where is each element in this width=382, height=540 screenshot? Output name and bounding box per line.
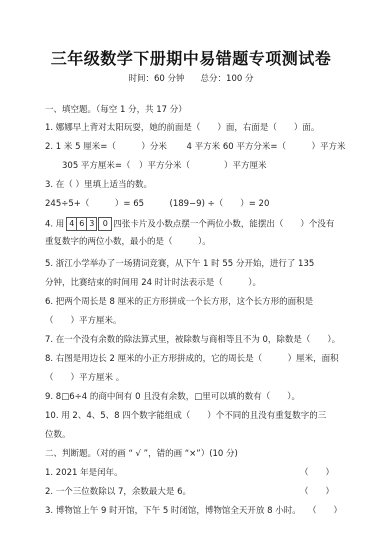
digit-cards: 4630 (66, 217, 111, 231)
question-4-cont: 重复数字的两位小数，最小的是（ ）。 (45, 236, 211, 248)
question-9: 9. 8□6÷4 的商中间有 0 且没有余数，□里可以填的数有（ ）。 (45, 391, 300, 403)
tf-question-1: 1. 2021 年是闰年。 (45, 467, 123, 479)
question-6-cont: （ ）平方厘米。 (45, 315, 122, 327)
section-true-false-heading: 二、判断题。（对的画 “ √ ”，错的画 “×”）(10 分) (45, 448, 238, 460)
section-fill-in-heading: 一、填空题。（每空 1 分，共 17 分） (45, 104, 187, 116)
question-10: 10. 用 2、4、5、8 四个数字能组成（ ）个不同的且没有重复数字的三 (45, 410, 326, 422)
time-limit: 时间：60 分钟 (129, 74, 185, 84)
question-4: 4. 用4630四张卡片及小数点摆一个两位小数，能摆出（ ）个没有 (45, 217, 334, 231)
question-2b: 305 平方厘米=（ ）平方分米（ ）平方厘米 (62, 160, 267, 172)
page-title: 三年级数学下册期中易错题专项测试卷 (0, 46, 382, 69)
question-2a: 2. 1 米 5 厘米=（ ）分米 4 平方米 60 平方分米=（ ）平方米 (45, 141, 346, 153)
question-5-cont: 分钟，比赛结束的时间用 24 时计时法表示是（ ）。 (45, 277, 261, 289)
question-7: 7. 在一个没有余数的除法算式里，被除数与商相等且不为 0，除数是（ ）。 (45, 334, 340, 346)
tf-question-3: 3. 博物馆上午 9 时开馆，下午 5 时闭馆，博物馆全天开放 8 小时。 (45, 505, 301, 517)
question-5: 5. 浙江小学举办了一场猜词竞赛，从下午 1 时 55 分开始，进行了 135 (45, 258, 314, 270)
exam-info: 时间：60 分钟总分：100 分 (0, 72, 382, 84)
tf-answer-paren-1: （ ） (300, 467, 334, 479)
question-3-equations: 245÷5+（ ）= 65 (189−9) ÷（ ）= 20 (45, 198, 269, 210)
total-score: 总分：100 分 (201, 74, 254, 84)
tf-question-2: 2. 一个三位数除以 7，余数最大是 6。 (45, 486, 191, 498)
tf-answer-paren-3: （ ） (308, 505, 342, 517)
question-8-cont: （ ）平方厘米 。 (45, 372, 124, 384)
question-8: 8. 右图是用边长 2 厘米的小正方形拼成的，它的周长是（ ）厘米，面积 (45, 353, 339, 365)
question-3: 3. 在（ ）里填上适当的数。 (45, 179, 152, 191)
question-1: 1. 娜娜早上背对太阳玩耍，她的前面是（ ）面，右面是（ ）面。 (45, 122, 319, 134)
question-10-cont: 位数。 (45, 429, 71, 441)
question-6: 6. 把两个周长是 8 厘米的正方形拼成一个长方形，这个长方形的面积是 (45, 296, 313, 308)
tf-answer-paren-2: （ ） (300, 486, 334, 498)
digit-card: 3 (86, 217, 97, 231)
digit-card: 0 (98, 217, 112, 231)
